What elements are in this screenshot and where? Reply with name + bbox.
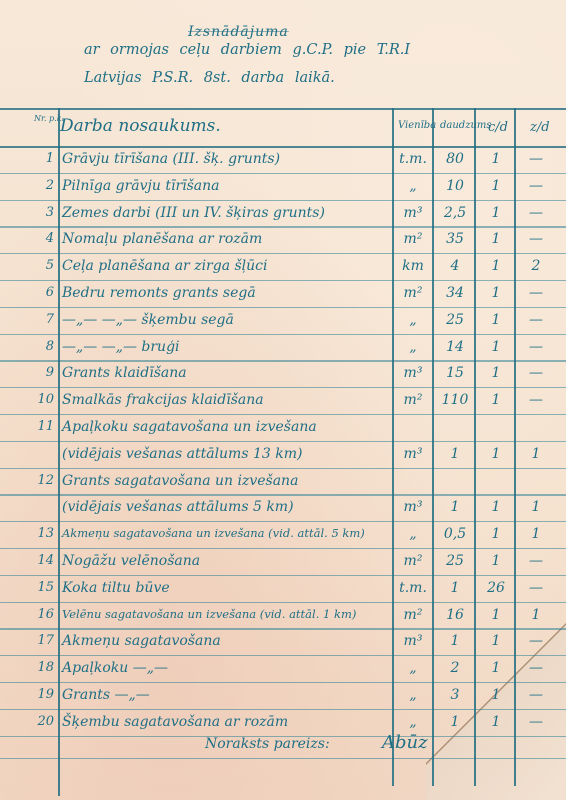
cell-unit: m³ <box>395 365 431 381</box>
cell-name: (vidējais vešanas attālums 5 km) <box>62 499 387 515</box>
cell-zd: — <box>518 580 554 596</box>
rule-line <box>0 441 566 442</box>
rule-line <box>0 173 566 174</box>
cell-cd: 1 <box>478 446 514 462</box>
signature: Abūz <box>382 732 428 753</box>
cell-zd: 1 <box>518 499 554 515</box>
heading-line-3: Latvijas P.S.R. 8st. darba laikā. <box>84 70 335 86</box>
cell-no: 3 <box>30 205 54 220</box>
cell-no: 18 <box>30 660 54 675</box>
cell-no: 2 <box>30 178 54 193</box>
cell-cd: 1 <box>478 499 514 515</box>
heading-line-2: ar ormojas ceļu darbiem g.C.P. pie T.R.I <box>84 42 410 58</box>
cell-cd: 1 <box>478 312 514 328</box>
cell-no: 5 <box>30 258 54 273</box>
rule-line <box>0 468 566 469</box>
cell-unit: m³ <box>395 499 431 515</box>
cell-unit: „ <box>395 339 431 355</box>
cell-unit: m² <box>395 285 431 301</box>
cell-qty: 1 <box>436 446 474 462</box>
rule-line <box>0 602 566 603</box>
cell-zd: — <box>518 231 554 247</box>
cell-qty: 25 <box>436 553 474 569</box>
rule-line <box>0 494 566 495</box>
cell-zd: — <box>518 178 554 194</box>
rule-line <box>0 334 566 335</box>
cell-name: Ceļa planēšana ar zirga šļūci <box>62 258 387 274</box>
rule-line <box>0 307 566 308</box>
cell-name: Apaļkoku sagatavošana un izvešana <box>62 419 387 435</box>
cell-zd: — <box>518 285 554 301</box>
cell-unit: t.m. <box>395 580 431 596</box>
signature-label: Noraksts pareizs: <box>205 736 330 752</box>
cell-cd: 1 <box>478 151 514 167</box>
cell-name: Apaļkoku —„— <box>62 660 387 676</box>
cell-unit: km <box>395 258 431 274</box>
cell-name: Koka tiltu būve <box>62 580 387 596</box>
cell-qty: 10 <box>436 178 474 194</box>
cell-qty: 1 <box>436 714 474 730</box>
cell-name: (vidējais vešanas attālums 13 km) <box>62 446 387 462</box>
rule-line <box>0 280 566 281</box>
rule-line <box>0 387 566 388</box>
cell-qty: 2,5 <box>436 205 474 221</box>
heading-line-1: Izsnādājuma <box>188 24 289 40</box>
cell-unit: „ <box>395 687 431 703</box>
cell-qty: 110 <box>436 392 474 408</box>
cell-unit: m² <box>395 392 431 408</box>
cell-cd: 1 <box>478 258 514 274</box>
cell-qty: 4 <box>436 258 474 274</box>
cell-unit: „ <box>395 312 431 328</box>
cell-unit: „ <box>395 526 431 542</box>
rule-line <box>0 575 566 576</box>
cell-qty: 2 <box>436 660 474 676</box>
rule-line <box>0 146 566 148</box>
cell-no: 8 <box>30 339 54 354</box>
cell-zd: — <box>518 151 554 167</box>
cell-qty: 25 <box>436 312 474 328</box>
cell-unit: „ <box>395 714 431 730</box>
cell-name: Pilnīga grāvju tīrīšana <box>62 178 387 194</box>
column-divider <box>392 108 394 786</box>
cell-name: —„— —„— šķembu segā <box>62 312 387 328</box>
cell-zd: — <box>518 339 554 355</box>
rule-line <box>0 360 566 361</box>
cell-zd: — <box>518 633 554 649</box>
cell-no: 13 <box>30 526 54 541</box>
rule-line <box>0 200 566 201</box>
cell-zd: — <box>518 687 554 703</box>
cell-qty: 3 <box>436 687 474 703</box>
cell-cd: 26 <box>478 580 514 596</box>
rule-line <box>0 226 566 227</box>
column-divider <box>432 108 434 786</box>
cell-name: Akmeņu sagatavošana un izvešana (vid. at… <box>62 526 387 540</box>
rule-line <box>0 682 566 683</box>
cell-cd: 1 <box>478 553 514 569</box>
cell-qty: 35 <box>436 231 474 247</box>
cell-unit: m² <box>395 607 431 623</box>
cell-unit: t.m. <box>395 151 431 167</box>
cell-zd: — <box>518 553 554 569</box>
cell-name: Bedru remonts grants segā <box>62 285 387 301</box>
cell-qty: 15 <box>436 365 474 381</box>
cell-unit: m³ <box>395 446 431 462</box>
rule-line <box>0 414 566 415</box>
cell-name: Akmeņu sagatavošana <box>62 633 387 649</box>
cell-zd: 1 <box>518 446 554 462</box>
cell-name: Grāvju tīrīšana (III. šķ. grunts) <box>62 151 387 167</box>
cell-zd: 2 <box>518 258 554 274</box>
header-work-name: Darba nosaukums. <box>60 116 221 136</box>
cell-qty: 0,5 <box>436 526 474 542</box>
rule-line <box>0 655 566 656</box>
cell-unit: „ <box>395 178 431 194</box>
cell-zd: 1 <box>518 526 554 542</box>
cell-unit: m² <box>395 553 431 569</box>
rule-line <box>0 758 566 759</box>
cell-no: 6 <box>30 285 54 300</box>
cell-unit: „ <box>395 660 431 676</box>
rule-line <box>0 628 566 629</box>
header-unit: Vienība <box>398 120 436 131</box>
cell-no: 20 <box>30 714 54 729</box>
cell-no: 12 <box>30 473 54 488</box>
cell-cd: 1 <box>478 526 514 542</box>
header-quantity: daudzums <box>440 120 492 131</box>
cell-name: Šķembu sagatavošana ar rozām <box>62 714 387 730</box>
cell-no: 4 <box>30 231 54 246</box>
cell-zd: — <box>518 714 554 730</box>
cell-zd: — <box>518 312 554 328</box>
cell-name: Nomaļu planēšana ar rozām <box>62 231 387 247</box>
cell-cd: 1 <box>478 633 514 649</box>
cell-qty: 1 <box>436 499 474 515</box>
cell-no: 17 <box>30 633 54 648</box>
header-cd: c/d <box>488 120 508 135</box>
cell-zd: — <box>518 660 554 676</box>
cell-no: 7 <box>30 312 54 327</box>
column-divider <box>514 108 516 786</box>
cell-unit: m³ <box>395 633 431 649</box>
cell-qty: 16 <box>436 607 474 623</box>
cell-no: 15 <box>30 580 54 595</box>
cell-name: Smalkās frakcijas klaidīšana <box>62 392 387 408</box>
cell-no: 19 <box>30 687 54 702</box>
cell-no: 9 <box>30 365 54 380</box>
header-zd: z/d <box>530 120 550 135</box>
cell-zd: — <box>518 392 554 408</box>
rule-line <box>0 548 566 549</box>
cell-cd: 1 <box>478 687 514 703</box>
cell-cd: 1 <box>478 607 514 623</box>
cell-cd: 1 <box>478 365 514 381</box>
cell-name: Grants —„— <box>62 687 387 703</box>
cell-name: Nogāžu velēnošana <box>62 553 387 569</box>
rule-line <box>0 521 566 522</box>
column-divider <box>58 108 60 796</box>
cell-name: Grants sagatavošana un izvešana <box>62 473 387 489</box>
cell-zd: — <box>518 365 554 381</box>
cell-qty: 1 <box>436 580 474 596</box>
column-divider <box>474 108 476 786</box>
cell-name: Velēnu sagatavošana un izvešana (vid. at… <box>62 607 387 621</box>
cell-cd: 1 <box>478 231 514 247</box>
cell-no: 14 <box>30 553 54 568</box>
cell-zd: — <box>518 205 554 221</box>
cell-no: 16 <box>30 607 54 622</box>
cell-cd: 1 <box>478 178 514 194</box>
cell-name: —„— —„— bruģi <box>62 339 387 355</box>
cell-no: 10 <box>30 392 54 407</box>
cell-no: 11 <box>30 419 54 434</box>
cell-qty: 1 <box>436 633 474 649</box>
cell-qty: 34 <box>436 285 474 301</box>
cell-cd: 1 <box>478 205 514 221</box>
cell-name: Zemes darbi (III un IV. šķiras grunts) <box>62 205 387 221</box>
cell-zd: 1 <box>518 607 554 623</box>
cell-cd: 1 <box>478 339 514 355</box>
cell-cd: 1 <box>478 392 514 408</box>
rule-line <box>0 709 566 710</box>
rule-line <box>0 108 566 110</box>
cell-qty: 80 <box>436 151 474 167</box>
rule-line <box>0 253 566 254</box>
cell-cd: 1 <box>478 660 514 676</box>
cell-unit: m³ <box>395 205 431 221</box>
cell-name: Grants klaidīšana <box>62 365 387 381</box>
cell-cd: 1 <box>478 714 514 730</box>
cell-unit: m² <box>395 231 431 247</box>
cell-no: 1 <box>30 151 54 166</box>
cell-qty: 14 <box>436 339 474 355</box>
work-table: Nr. p.k. Darba nosaukums. Vienība daudzu… <box>0 108 566 768</box>
cell-cd: 1 <box>478 285 514 301</box>
